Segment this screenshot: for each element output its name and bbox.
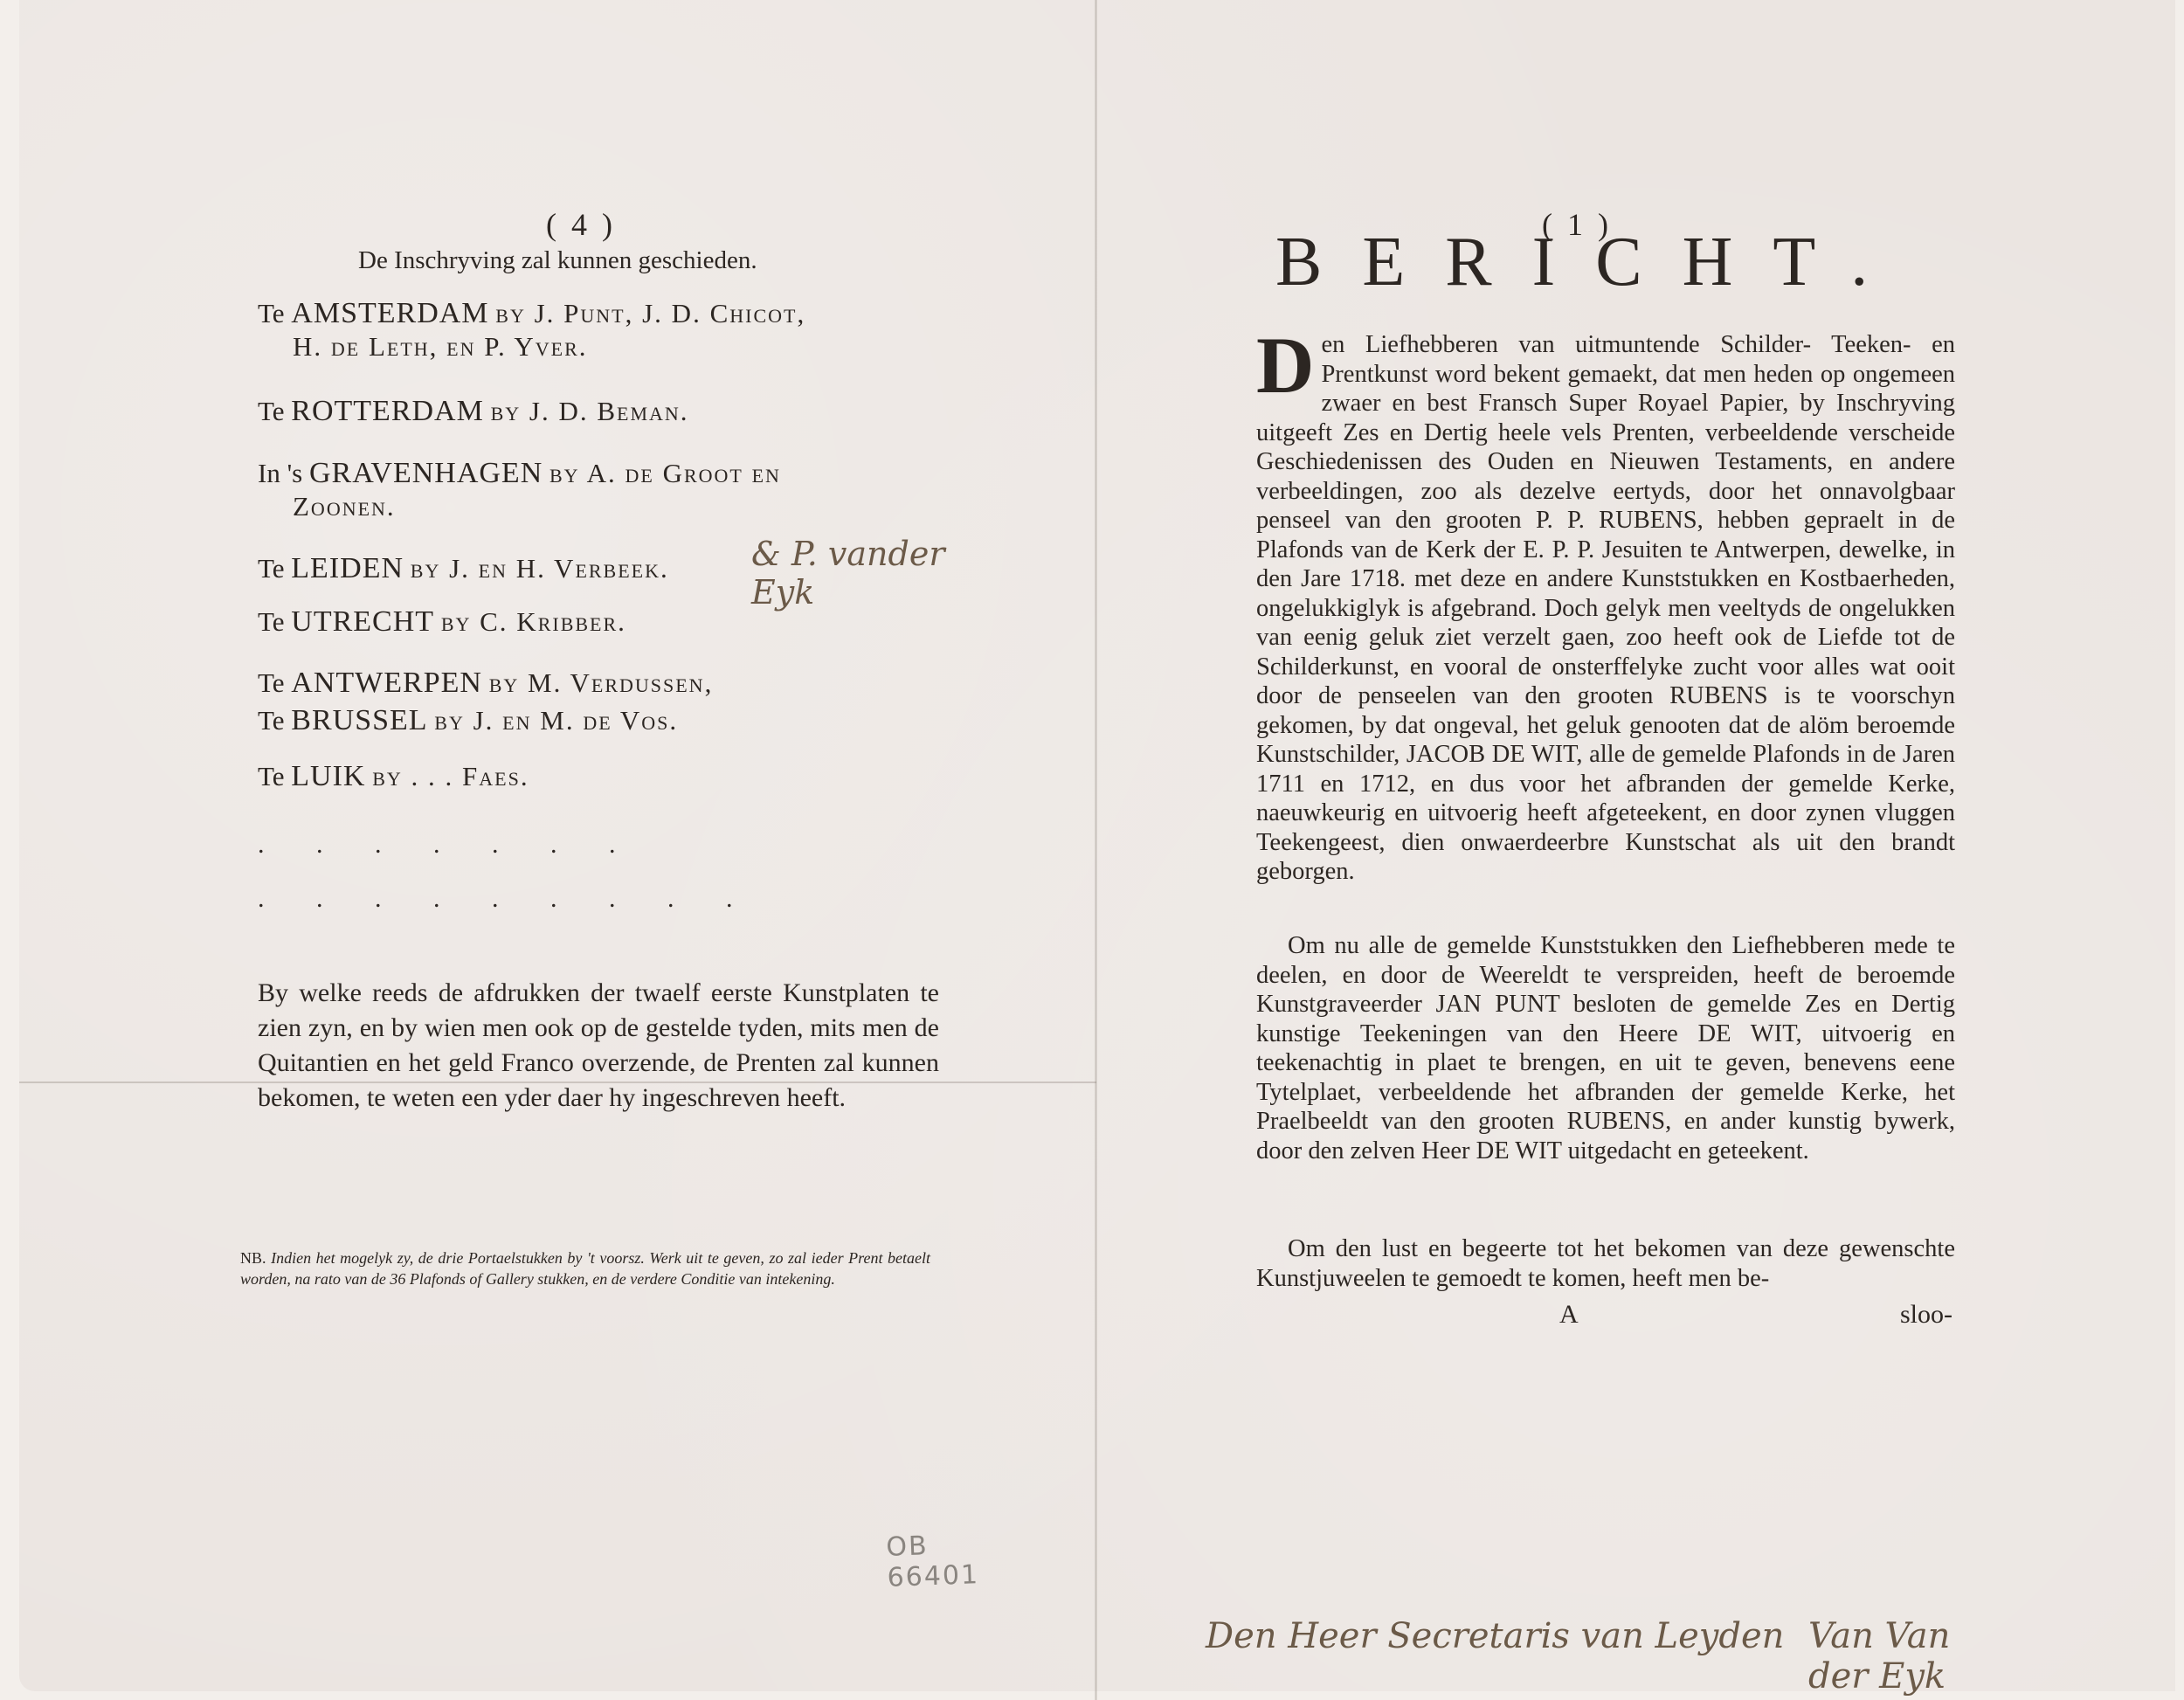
right-page: ( 1 ) BERICHT. Den Liefhebberen van uitm… bbox=[1241, 0, 1957, 1700]
closing-paragraph: By welke reeds de afdrukken der twaelf e… bbox=[258, 976, 939, 1116]
drop-cap: D bbox=[1256, 334, 1314, 397]
signature-mark: A bbox=[1559, 1300, 1579, 1330]
placeholder-dots: . . . . . . . . . bbox=[258, 884, 756, 914]
placeholder-dots: . . . . . . . bbox=[258, 830, 639, 860]
left-page: ( 4 ) De Inschryving zal kunnen geschied… bbox=[218, 0, 961, 1700]
paragraph-1: Den Liefhebberen van uitmuntende Schilde… bbox=[1256, 330, 1955, 887]
location-utrecht: Te UTRECHT by C. Kribber. bbox=[258, 605, 626, 639]
location-luik: Te LUIK by . . . Faes. bbox=[258, 760, 529, 793]
location-rotterdam: Te ROTTERDAM by J. D. Beman. bbox=[258, 395, 689, 428]
paragraph-3: Om den lust en begeerte tot het bekomen … bbox=[1256, 1234, 1955, 1293]
location-amsterdam: Te AMSTERDAM by J. Punt, J. D. Chicot, H… bbox=[258, 297, 805, 363]
page-number: ( 4 ) bbox=[546, 206, 616, 243]
location-antwerpen: Te ANTWERPEN by M. Verdussen, bbox=[258, 667, 713, 700]
location-brussel: Te BRUSSEL by J. en M. de Vos. bbox=[258, 704, 678, 737]
handwritten-address: Den Heer Secretaris van Leyden bbox=[1206, 1616, 1784, 1656]
center-fold bbox=[1095, 0, 1097, 1700]
catchword: sloo- bbox=[1900, 1300, 1952, 1330]
inventory-number: OB 66401 bbox=[886, 1529, 980, 1593]
location-gravenhagen: In 's GRAVENHAGEN by A. de Groot en Zoon… bbox=[258, 457, 781, 523]
location-leiden: Te LEIDEN by J. en H. Verbeek. bbox=[258, 552, 669, 585]
paragraph-2: Om nu alle de gemelde Kunststukken den L… bbox=[1256, 931, 1955, 1165]
subscription-heading: De Inschryving zal kunnen geschieden. bbox=[358, 246, 757, 275]
page-title: BERICHT. bbox=[1275, 223, 1908, 302]
footnote: NB. Indien het mogelyk zy, de drie Porta… bbox=[240, 1247, 930, 1289]
handwritten-addition: & P. vander Eyk bbox=[751, 535, 961, 612]
handwritten-signature: Van Van der Eyk bbox=[1808, 1616, 1957, 1697]
